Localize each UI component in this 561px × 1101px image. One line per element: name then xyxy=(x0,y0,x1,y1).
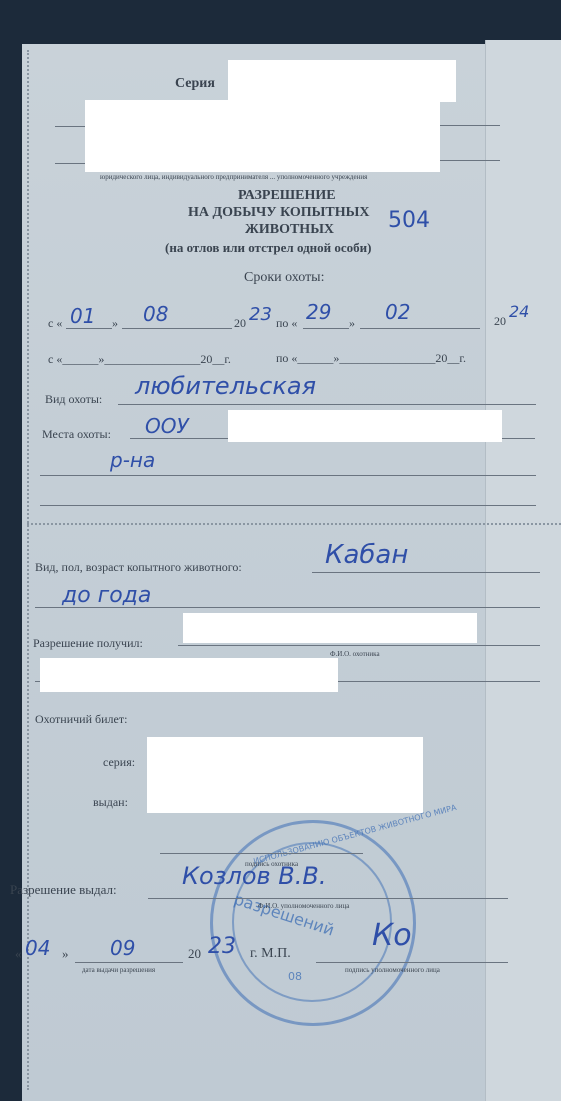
rule xyxy=(440,160,500,161)
title-line1: РАЗРЕШЕНИЕ xyxy=(238,188,336,204)
period1-to-year-prefix: 20 xyxy=(494,314,506,329)
title-line2: НА ДОБЫЧУ КОПЫТНЫХ xyxy=(188,205,370,221)
redacted-place xyxy=(228,410,502,442)
redacted-hunter-name xyxy=(183,613,477,643)
rule xyxy=(66,328,112,329)
redacted-hunter-name-2 xyxy=(40,658,338,692)
official-signature: Ко xyxy=(372,918,412,953)
animal-value: Кабан xyxy=(325,540,408,570)
issue-month: 09 xyxy=(110,936,135,960)
stamp-number: 08 xyxy=(288,970,302,983)
period1-to-year: 24 xyxy=(509,302,529,321)
rule xyxy=(55,126,85,127)
issue-day: 04 xyxy=(25,936,50,960)
rule xyxy=(55,163,85,164)
rule xyxy=(118,404,536,405)
period1-from-prefix: с « xyxy=(48,316,62,331)
rule xyxy=(178,645,540,646)
animal-value2: до года xyxy=(62,583,151,608)
title-line3: ЖИВОТНЫХ xyxy=(245,222,334,238)
issued-by-value: Козлов В.В. xyxy=(182,862,326,890)
series-label: Серия xyxy=(175,76,215,92)
rule xyxy=(122,328,232,329)
received-label: Разрешение получил: xyxy=(33,636,143,651)
ticket-label: Охотничий билет: xyxy=(35,712,127,727)
issue-year: 23 xyxy=(208,934,236,959)
issue-date-caption: дата выдачи разрешения xyxy=(82,966,155,974)
ticket-issued-label: выдан: xyxy=(93,795,128,810)
rule xyxy=(360,328,480,329)
rule xyxy=(303,328,349,329)
redacted-organization xyxy=(85,100,440,172)
rule xyxy=(316,962,508,963)
rule xyxy=(40,475,536,476)
period1-from-year-prefix: 20 xyxy=(234,316,246,331)
rule xyxy=(148,898,508,899)
period1-to-prefix: по « xyxy=(276,316,297,331)
rule xyxy=(35,607,540,608)
redacted-series xyxy=(228,60,456,102)
perforation-vertical xyxy=(27,50,29,1090)
received-caption: Ф.И.О. охотника xyxy=(330,650,380,658)
subtitle: (на отлов или отстрел одной особи) xyxy=(165,240,371,256)
quote-close: » xyxy=(349,316,355,331)
issued-by-label: Разрешение выдал: xyxy=(10,882,117,898)
period2-to: по «______»________________20__г. xyxy=(276,351,466,366)
redacted-ticket xyxy=(147,737,423,813)
period2-from: с «______»________________20__г. xyxy=(48,352,231,367)
issued-by-caption: Ф.И.О. уполномоченного лица xyxy=(258,902,349,910)
period1-to-day: 29 xyxy=(306,300,331,324)
quote-close: » xyxy=(112,316,118,331)
ticket-series-label: серия: xyxy=(103,755,135,770)
rule xyxy=(440,125,500,126)
period1-to-month: 02 xyxy=(385,300,410,324)
perforation-horizontal xyxy=(27,523,561,525)
period1-from-year: 23 xyxy=(249,304,272,325)
adjacent-page xyxy=(485,40,561,1101)
rule xyxy=(75,962,183,963)
org-caption: юридического лица, индивидуального предп… xyxy=(100,173,367,181)
issue-year-prefix: 20 xyxy=(188,946,201,962)
animal-label: Вид, пол, возраст копытного животного: xyxy=(35,560,242,575)
period1-from-day: 01 xyxy=(70,304,95,328)
quote-close: » xyxy=(62,946,69,962)
rule xyxy=(160,853,363,854)
issue-date-suffix: г. М.П. xyxy=(250,946,291,962)
period1-from-month: 08 xyxy=(143,302,168,326)
hunt-place-value: ООУ xyxy=(145,414,189,438)
hunt-place-label: Места охоты: xyxy=(42,427,111,442)
hunt-place-value2: р-на xyxy=(110,448,155,472)
rule xyxy=(40,505,536,506)
quote-open: « xyxy=(15,946,22,962)
official-sign-caption: подпись уполномоченного лица xyxy=(345,966,440,974)
permit-number: 504 xyxy=(388,208,430,233)
hunting-periods-label: Сроки охоты: xyxy=(244,270,324,286)
hunt-type-value: любительская xyxy=(135,372,316,400)
hunt-type-label: Вид охоты: xyxy=(45,392,102,407)
rule xyxy=(312,572,540,573)
